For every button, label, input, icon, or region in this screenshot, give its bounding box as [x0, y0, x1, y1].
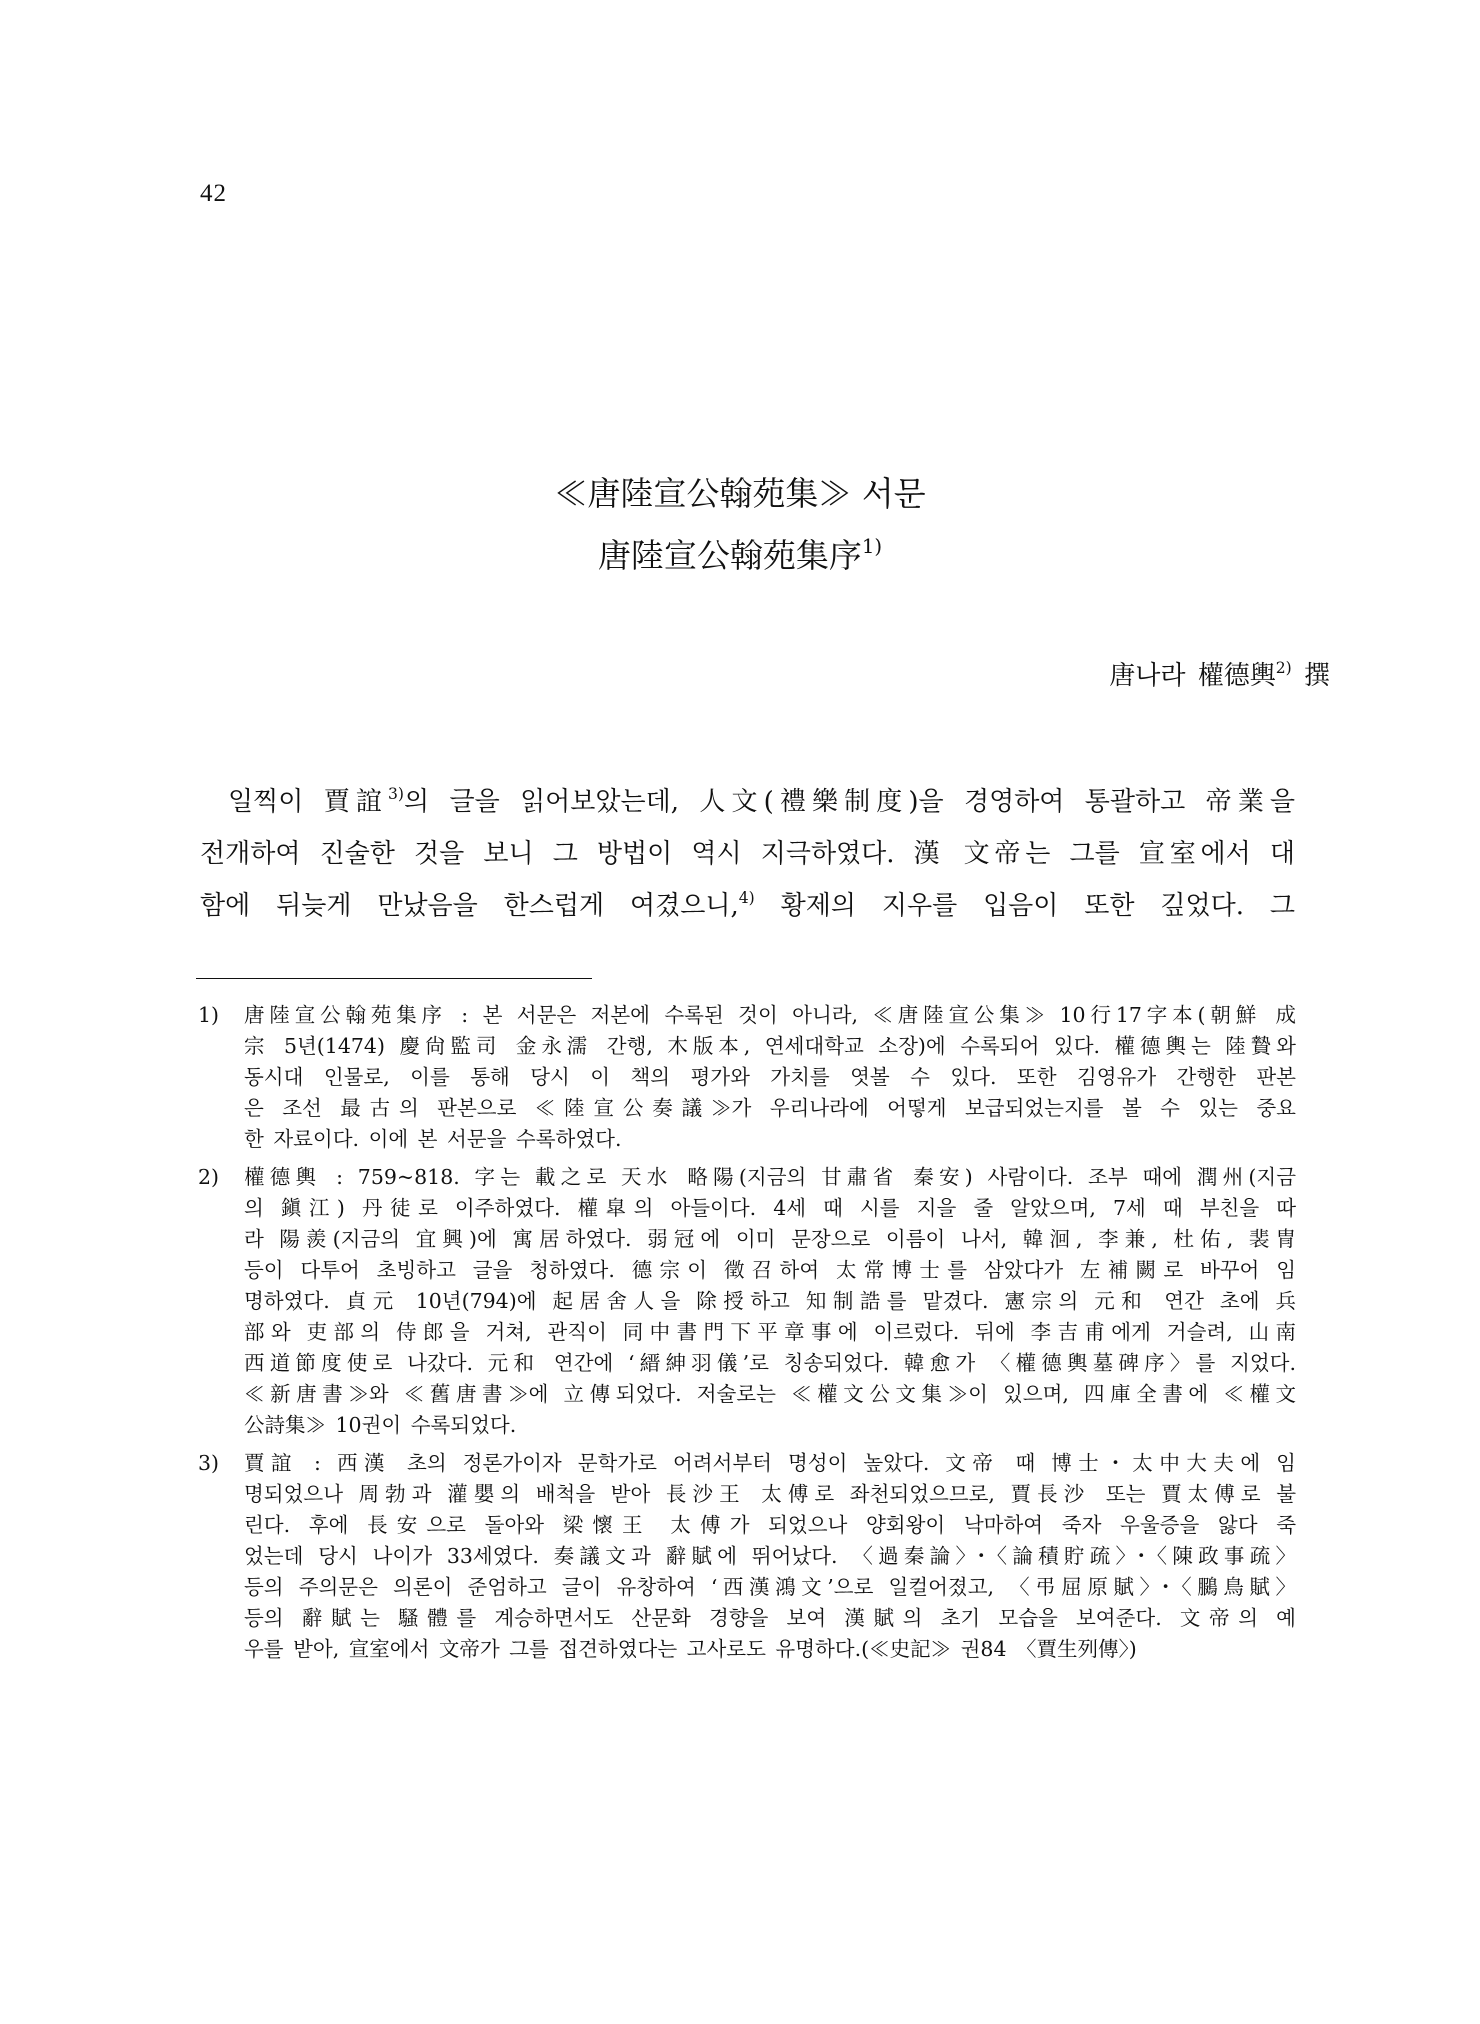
- subtitle-text: 唐陸宣公翰苑集序: [598, 536, 862, 575]
- footnote-line: 등이 다투어 초빙하고 글을 청하였다. 德宗이 徵召하여 太常博士를 삼았다가…: [244, 1255, 1296, 1286]
- footnote-separator: [196, 978, 592, 979]
- title-block: ≪唐陸宣公翰苑集≫ 서문 唐陸宣公翰苑集序1): [0, 466, 1480, 584]
- body-line: 일찍이 賈誼3)의 글을 읽어보았는데, 人文(禮樂制度)을 경영하여 통괄하고…: [200, 776, 1295, 828]
- footnote-line: ≪新唐書≫와 ≪舊唐書≫에 立傳되었다. 저술로는 ≪權文公文集≫이 있으며, …: [244, 1379, 1296, 1410]
- footnote-line: 명되었으나 周勃과 灌嬰의 배척을 받아 長沙王 太傅로 좌천되었으므로, 賈長…: [244, 1479, 1296, 1510]
- footnote-ref-1[interactable]: 1): [862, 535, 882, 558]
- author-line: 唐나라 權德輿2) 撰: [1109, 656, 1330, 696]
- footnote-number: 2): [198, 1162, 219, 1193]
- footnote-line: 權德輿 : 759~818. 字는 載之로 天水 略陽(지금의 甘肅省 秦安) …: [244, 1162, 1296, 1193]
- footnote-line: 唐陸宣公翰苑集序 : 본 서문은 저본에 수록된 것이 아니라, ≪唐陸宣公集≫…: [244, 1000, 1296, 1031]
- body-line: 함에 뒤늦게 만났음을 한스럽게 여겼으니,4) 황제의 지우를 입음이 또한 …: [200, 880, 1295, 932]
- body-line: 전개하여 진술한 것을 보니 그 방법이 역시 지극하였다. 漢 文帝는 그를 …: [200, 828, 1295, 880]
- footnote-line: 한 자료이다. 이에 본 서문을 수록하였다.: [244, 1124, 1296, 1155]
- body-paragraph: 일찍이 賈誼3)의 글을 읽어보았는데, 人文(禮樂制度)을 경영하여 통괄하고…: [200, 776, 1295, 932]
- footnote-line: 部와 吏部의 侍郎을 거쳐, 관직이 同中書門下平章事에 이르렀다. 뒤에 李吉…: [244, 1317, 1296, 1348]
- footnote-line: 었는데 당시 나이가 33세였다. 奏議文과 辭賦에 뛰어났다. 〈過秦論〉・〈…: [244, 1541, 1296, 1572]
- footnote-1: 1) 唐陸宣公翰苑集序 : 본 서문은 저본에 수록된 것이 아니라, ≪唐陸宣…: [198, 1000, 1296, 1155]
- footnote-line: 라 陽羨(지금의 宜興)에 寓居하였다. 弱冠에 이미 문장으로 이름이 나서,…: [244, 1224, 1296, 1255]
- footnote-ref-2[interactable]: 2): [1276, 659, 1292, 677]
- footnote-line: 賈誼 : 西漢 초의 정론가이자 문학가로 어려서부터 명성이 높았다. 文帝 …: [244, 1448, 1296, 1479]
- author-name: 唐나라 權德輿: [1109, 661, 1276, 691]
- footnote-line: 등의 辭賦는 騷體를 계승하면서도 산문화 경향을 보여 漢賦의 초기 모습을 …: [244, 1603, 1296, 1634]
- footnote-line: 은 조선 最古의 판본으로 ≪陸宣公奏議≫가 우리나라에 어떻게 보급되었는지를…: [244, 1093, 1296, 1124]
- body-text-segment: 황제의 지우를 입음이 또한 깊었다. 그: [755, 891, 1295, 921]
- footnote-line: 의 鎭江) 丹徒로 이주하였다. 權皐의 아들이다. 4세 때 시를 지을 줄 …: [244, 1193, 1296, 1224]
- page-number: 42: [200, 180, 227, 208]
- body-text-segment: 일찍이 賈誼: [228, 787, 388, 817]
- footnote-line: 公詩集≫ 10권이 수록되었다.: [244, 1410, 1296, 1441]
- page-subtitle: 唐陸宣公翰苑集序1): [0, 528, 1480, 584]
- footnote-number: 3): [198, 1448, 219, 1479]
- footnote-ref-3[interactable]: 3): [388, 785, 404, 803]
- footnotes: 1) 唐陸宣公翰苑集序 : 본 서문은 저본에 수록된 것이 아니라, ≪唐陸宣…: [198, 1000, 1296, 1672]
- footnote-number: 1): [198, 1000, 219, 1031]
- footnote-2: 2) 權德輿 : 759~818. 字는 載之로 天水 略陽(지금의 甘肅省 秦…: [198, 1162, 1296, 1441]
- footnote-line: 우를 받아, 宣室에서 文帝가 그를 접견하였다는 고사로도 유명하다.(≪史記…: [244, 1634, 1296, 1665]
- body-text-segment: 전개하여 진술한 것을 보니 그 방법이 역시 지극하였다. 漢 文帝는 그를 …: [200, 839, 1295, 869]
- footnote-line: 宗 5년(1474) 慶尙監司 金永濡 간행, 木版本, 연세대학교 소장)에 …: [244, 1031, 1296, 1062]
- author-role: 撰: [1304, 661, 1330, 691]
- body-text-segment: 의 글을 읽어보았는데, 人文(禮樂制度)을 경영하여 통괄하고 帝業을: [404, 787, 1295, 817]
- footnote-line: 동시대 인물로, 이를 통해 당시 이 책의 평가와 가치를 엿볼 수 있다. …: [244, 1062, 1296, 1093]
- page-title: ≪唐陸宣公翰苑集≫ 서문: [0, 466, 1480, 522]
- footnote-line: 등의 주의문은 의론이 준엄하고 글이 유창하여 ‘西漢鴻文’으로 일컬어졌고,…: [244, 1572, 1296, 1603]
- footnote-line: 명하였다. 貞元 10년(794)에 起居舍人을 除授하고 知制誥를 맡겼다. …: [244, 1286, 1296, 1317]
- footnote-line: 린다. 후에 長安으로 돌아와 梁懷王 太傅가 되었으나 양회왕이 낙마하여 죽…: [244, 1510, 1296, 1541]
- footnote-ref-4[interactable]: 4): [739, 889, 755, 907]
- body-text-segment: 함에 뒤늦게 만났음을 한스럽게 여겼으니,: [200, 891, 739, 921]
- footnote-line: 西道節度使로 나갔다. 元和 연간에 ‘縉紳羽儀’로 칭송되었다. 韓愈가 〈權…: [244, 1348, 1296, 1379]
- footnote-3: 3) 賈誼 : 西漢 초의 정론가이자 문학가로 어려서부터 명성이 높았다. …: [198, 1448, 1296, 1665]
